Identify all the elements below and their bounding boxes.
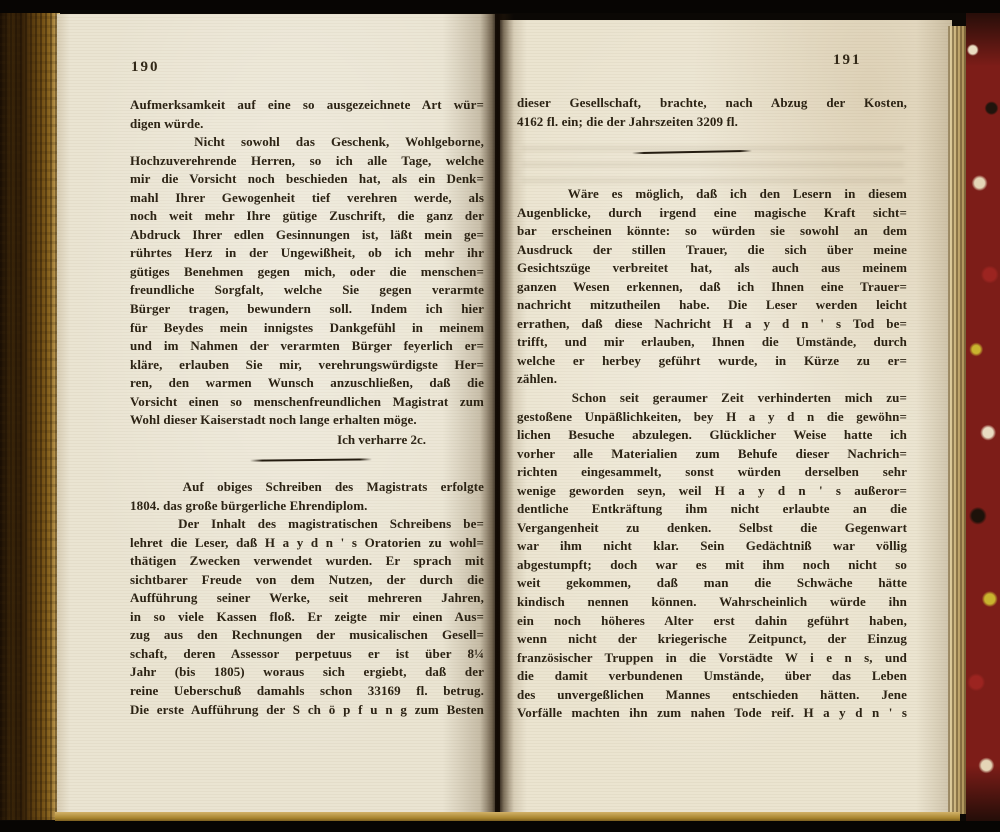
text-line: in so viele Kassen floß. Er zeigte mir e… xyxy=(130,608,484,627)
text-line: kindisch nennen können. Wahrscheinlich w… xyxy=(517,593,907,612)
text-line: Augenblicke, durch irgend eine magische … xyxy=(517,204,907,223)
text-line: Hochzuverehrende Herren, so ich alle Tag… xyxy=(130,152,484,171)
text-line: weit gekommen, daß man die Schwäche hätt… xyxy=(517,574,907,593)
text-line: Auf obiges Schreiben des Magistrats erfo… xyxy=(130,478,484,497)
text-line: reine Ueberschuß damahls schon 33169 fl.… xyxy=(130,682,484,701)
text-line: schaft, deren Assessor perpetuus er ist … xyxy=(130,645,484,664)
background-bottom xyxy=(0,821,1000,832)
text-line: Vorfälle machten ihn zum nahen Tode reif… xyxy=(517,704,907,723)
text-line: Wäre es möglich, daß ich den Lesern in d… xyxy=(517,185,907,204)
text-line: errathen, daß diese Nachricht H a y d n … xyxy=(517,315,907,334)
text-line: rührtes Herz in der Ungewißheit, ob ich … xyxy=(130,244,484,263)
text-line: Jahr (bis 1805) woraus sich ergiebt, daß… xyxy=(130,663,484,682)
text-line: trifft, und mir erlauben, Ihnen die Umst… xyxy=(517,333,907,352)
text-line: war ihm nicht klar. Sein Gedächtniß war … xyxy=(517,537,907,556)
text-line: thätigen Zwecken verwendet wurden. Er sp… xyxy=(130,552,484,571)
text-line: zählen. xyxy=(517,370,907,389)
text-line: Nicht sowohl das Geschenk, Wohlgeborne, xyxy=(130,133,484,152)
text-line: digen würde. xyxy=(130,115,484,134)
text-line: lichen Besuche abzulegen. Glücklicher We… xyxy=(517,426,907,445)
text-line: 1804. das große bürgerliche Ehrendiplom. xyxy=(130,497,484,516)
text-line: Bürger tragen, bewundern soll. Indem ich… xyxy=(130,300,484,319)
text-line: welche er herbey geführt wurde, in Kürze… xyxy=(517,352,907,371)
text-line: zug aus den Rechnungen der musicalischen… xyxy=(130,626,484,645)
text-line: Gesichtszüge verbreitet hat, als auch au… xyxy=(517,259,907,278)
text-line: vorher alle Materialien zum Behufe diese… xyxy=(517,445,907,464)
text-line: dentliche Entkräftung ihm nicht erlaubte… xyxy=(517,500,907,519)
text-line: die damit verbundenen Umstände, über das… xyxy=(517,667,907,686)
text-line: ganzen Wesen erkennen, daß ich Ihnen ein… xyxy=(517,278,907,297)
text-line: ren, den warmen Wunsch anzuschließen, da… xyxy=(130,374,484,393)
right-page-paragraph-haydn-decline: Schon seit geraumer Zeit verhinderten mi… xyxy=(517,389,907,723)
text-line: Aufführung seiner Werke, seit mehreren J… xyxy=(130,589,484,608)
text-line: für Beydes mein innigstes Dankgefühl in … xyxy=(130,319,484,338)
text-line: Abdruck Ihrer edlen Gesinnungen ist, läß… xyxy=(130,226,484,245)
left-page-paragraphs-1: Aufmerksamkeit auf eine so ausgezeichnet… xyxy=(130,96,484,430)
book-gutter-shadow xyxy=(480,14,514,816)
text-line: noch weit mehr Ihre gütige Zuschrift, di… xyxy=(130,207,484,226)
text-line: gütiges Benehmen gegen mich, oder die me… xyxy=(130,263,484,282)
marbled-cover-edge xyxy=(966,0,1000,832)
page-number-left: 190 xyxy=(131,59,160,76)
text-line: und im Nahmen der verarmten Bürger feyer… xyxy=(130,337,484,356)
text-line: Vergangenheit zu denken. Selbst die Gege… xyxy=(517,519,907,538)
text-line: freundliche Sorgfalt, welche Sie gegen v… xyxy=(130,281,484,300)
text-line: wenn nicht der kriegerische Zeitpunct, d… xyxy=(517,630,907,649)
text-line: Schon seit geraumer Zeit verhinderten mi… xyxy=(517,389,907,408)
text-line: 4162 fl. ein; die der Jahrszeiten 3209 f… xyxy=(517,113,907,132)
text-line: richten eingesammelt, sonst würden derse… xyxy=(517,463,907,482)
text-line: bar erscheinen könnte: so würden sie sow… xyxy=(517,222,907,241)
text-line: Der Inhalt des magistratischen Schreiben… xyxy=(130,515,484,534)
text-line: ein noch höheres Alter erst dahin geführ… xyxy=(517,612,907,631)
text-line: Ausdruck der stillen Trauer, die sich üb… xyxy=(517,241,907,260)
text-line: Aufmerksamkeit auf eine so ausgezeichnet… xyxy=(130,96,484,115)
right-page-paragraphs-2: Wäre es möglich, daß ich den Lesern in d… xyxy=(517,185,907,723)
right-page-paragraphs-1: dieser Gesellschaft, brachte, nach Abzug… xyxy=(517,94,907,131)
text-line: dieser Gesellschaft, brachte, nach Abzug… xyxy=(517,94,907,113)
text-line: wenige geworden seyn, weil H a y d n ' s… xyxy=(517,482,907,501)
left-page-closing-line: Ich verharre 2c. xyxy=(130,431,484,450)
page-number-right: 191 xyxy=(833,52,862,69)
text-line: sichtbarer Freude von dem Nutzen, der du… xyxy=(130,571,484,590)
text-line: mir die Vorsicht noch beschieden hat, al… xyxy=(130,170,484,189)
text-line: kläre, erlauben Sie mir, verehrungswürdi… xyxy=(130,356,484,375)
ink-bleed-through xyxy=(522,135,904,183)
text-line: nachricht mitzutheilen habe. Die Leser w… xyxy=(517,296,907,315)
text-line: Wohl dieser Kaiserstadt noch lange erhal… xyxy=(130,411,484,430)
text-line: gestoßene Unpäßlichkeiten, bey H a y d n… xyxy=(517,408,907,427)
text-line: abgestumpft; doch war es mit ihm noch ni… xyxy=(517,556,907,575)
text-line: lehret die Leser, daß H a y d n ' s Orat… xyxy=(130,534,484,553)
background-top xyxy=(0,0,1000,13)
text-line: des unvergeßlichen Mannes entschieden hä… xyxy=(517,686,907,705)
text-line: mahl Ihrer Gewogenheit tief verehren wer… xyxy=(130,189,484,208)
text-line: Vorsicht einen so menschenfreundlichen M… xyxy=(130,393,484,412)
book-fore-edge-left xyxy=(0,4,60,820)
text-line: Die erste Aufführung der S ch ö p f u n … xyxy=(130,701,484,720)
text-line: französischer Truppen in die Vorstädte W… xyxy=(517,649,907,668)
left-page-paragraphs-2: Auf obiges Schreiben des Magistrats erfo… xyxy=(130,478,484,719)
right-page-paragraph-obituary-intro: Wäre es möglich, daß ich den Lesern in d… xyxy=(517,185,907,389)
